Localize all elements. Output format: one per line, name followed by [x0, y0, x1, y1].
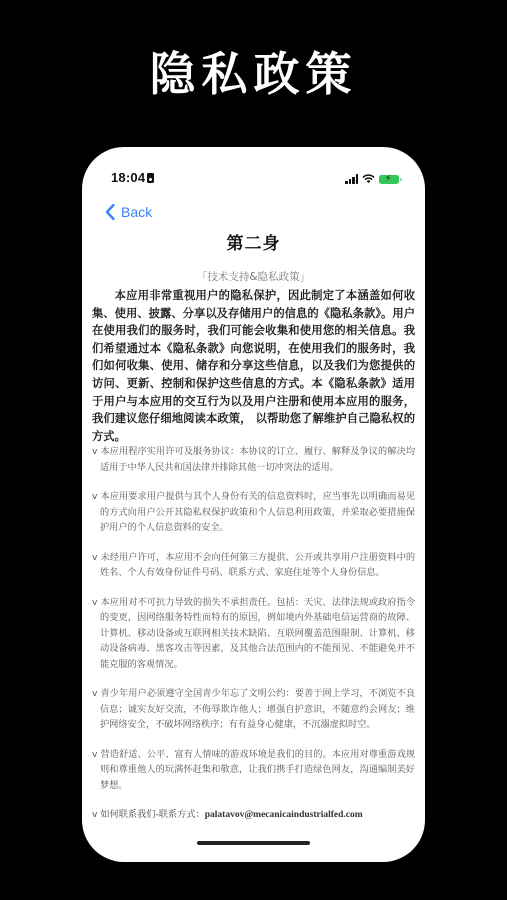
intro-paragraph: 本应用非常重视用户的隐私保护，因此制定了本涵盖如何收集、使用、披露、分享以及存储…	[92, 287, 415, 445]
policy-list: v 本应用程序实用许可及服务协议：本协议的订立、履行、解释及争议的解决均适用于中…	[92, 444, 415, 838]
cellular-signal-icon	[345, 174, 358, 184]
policy-item-text: 营造舒适、公平、富有人情味的游戏环境是我们的目的。本应用对尊重游戏规则和尊重他人…	[100, 749, 415, 791]
policy-item: v 未经用户许可，本应用不会向任何第三方提供、公开或共享用户注册资料中的姓名、个…	[92, 550, 415, 581]
contact-label: 如何联系我们-联系方式：	[100, 809, 204, 820]
policy-item: v 本应用程序实用许可及服务协议：本协议的订立、履行、解释及争议的解决均适用于中…	[92, 444, 415, 475]
battery-charging-icon: ⚡	[379, 175, 399, 184]
policy-item-text: 本应用程序实用许可及服务协议：本协议的订立、履行、解释及争议的解决均适用于中华人…	[100, 446, 415, 473]
wifi-icon	[362, 174, 375, 184]
page-title: 第二身	[82, 233, 425, 255]
home-indicator[interactable]	[197, 841, 310, 845]
policy-item: v 本应用要求用户提供与其个人身份有关的信息资料时，应当事先以明确而易见的方式向…	[92, 489, 415, 536]
policy-item-text: 青少年用户必须遵守全国青少年忘了文明公约：要善于网上学习，不浏览不良信息；诚实友…	[100, 688, 415, 730]
back-button[interactable]: Back	[104, 203, 152, 221]
status-bar: 18:04 ⚡	[82, 169, 425, 187]
contact-email-link[interactable]: palatavov@mecanicaindustrialfed.com	[205, 810, 363, 820]
page-subtitle: 「技术支持&隐私政策」	[82, 270, 425, 284]
promo-title: 隐私政策	[0, 44, 507, 104]
sim-card-icon	[147, 173, 154, 183]
policy-item-text: 未经用户许可，本应用不会向任何第三方提供、公开或共享用户注册资料中的姓名、个人有…	[100, 552, 415, 579]
status-icons: ⚡	[345, 172, 399, 184]
policy-item-text: 本应用要求用户提供与其个人身份有关的信息资料时，应当事先以明确而易见的方式向用户…	[100, 491, 415, 533]
policy-item: v 青少年用户必须遵守全国青少年忘了文明公约：要善于网上学习，不浏览不良信息；诚…	[92, 686, 415, 733]
contact-item: v 如何联系我们-联系方式：palatavov@mecanicaindustri…	[92, 807, 415, 824]
policy-item: v 营造舒适、公平、富有人情味的游戏环境是我们的目的。本应用对尊重游戏规则和尊重…	[92, 747, 415, 794]
policy-item: v 本应用对不可抗力导致的损失不承担责任。包括：天灾、法律法规或政府指令的变更，…	[92, 595, 415, 673]
back-label: Back	[121, 203, 152, 221]
status-time: 18:04	[111, 169, 145, 187]
policy-item-text: 本应用对不可抗力导致的损失不承担责任。包括：天灾、法律法规或政府指令的变更，因网…	[100, 597, 415, 670]
phone-screen: 18:04 ⚡ Back 第二身 「技术支持&隐私政策」 本应用非常重视用户的隐…	[82, 147, 425, 862]
chevron-left-icon	[104, 203, 116, 221]
charging-bolt-icon: ⚡	[385, 174, 391, 185]
